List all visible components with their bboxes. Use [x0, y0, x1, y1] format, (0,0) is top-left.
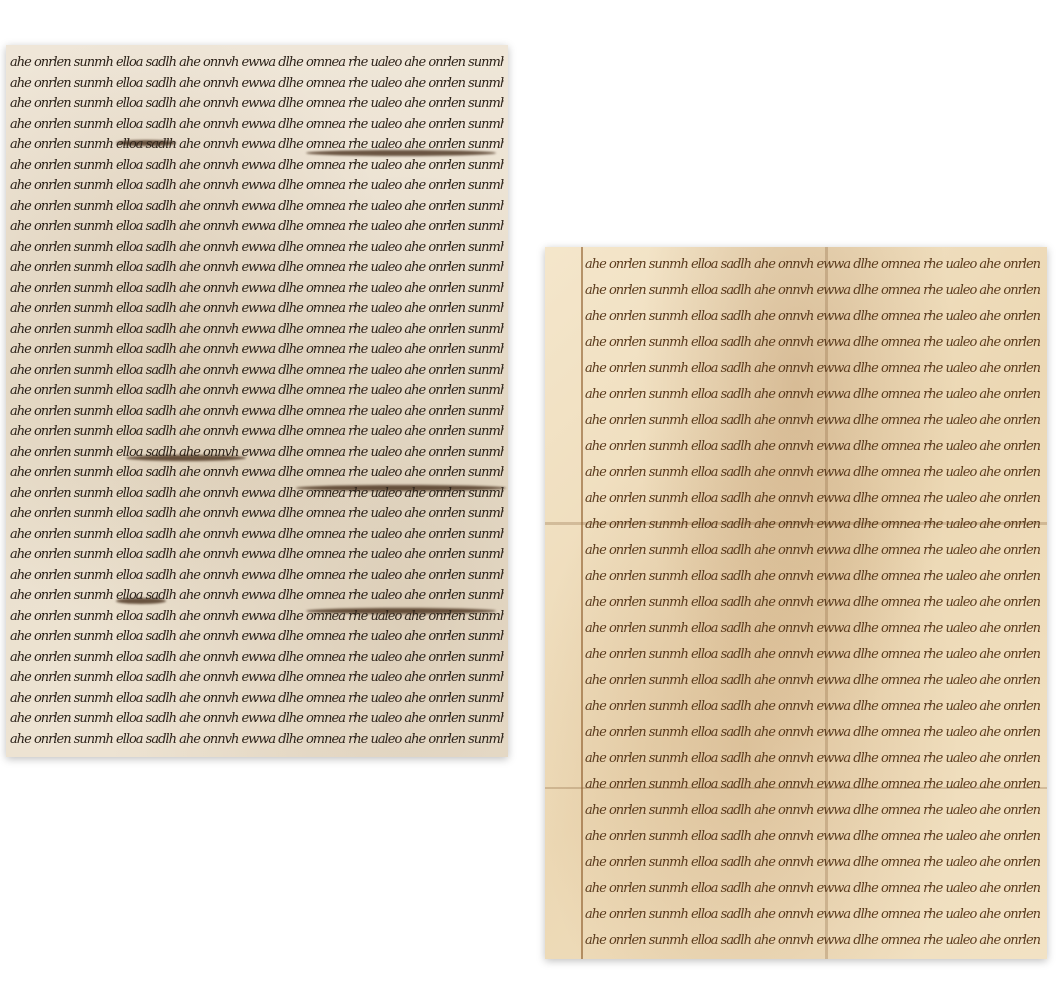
handwriting-line: ahe onrlen sunmh elloa sadlh ahe onnvh e… — [585, 595, 1043, 611]
handwriting-line: ahe onrlen sunmh elloa sadlh ahe onnvh e… — [585, 829, 1043, 845]
handwriting-line: ahe onrlen sunmh elloa sadlh ahe onnvh e… — [585, 933, 1043, 949]
handwriting-line: ahe onrlen sunmh elloa sadlh ahe onnvh e… — [10, 670, 504, 686]
handwriting-line: ahe onrlen sunmh elloa sadlh ahe onnvh e… — [10, 506, 504, 522]
margin-rule — [581, 247, 583, 959]
handwriting-line: ahe onrlen sunmh elloa sadlh ahe onnvh e… — [10, 691, 504, 707]
handwriting-line: ahe onrlen sunmh elloa sadlh ahe onnvh e… — [10, 547, 504, 563]
handwriting-line: ahe onrlen sunmh elloa sadlh ahe onnvh e… — [585, 543, 1043, 559]
handwriting-line: ahe onrlen sunmh elloa sadlh ahe onnvh e… — [10, 76, 504, 92]
handwriting-line: ahe onrlen sunmh elloa sadlh ahe onnvh e… — [10, 465, 504, 481]
handwriting-line: ahe onrlen sunmh elloa sadlh ahe onnvh e… — [10, 486, 504, 502]
handwriting-line: ahe onrlen sunmh elloa sadlh ahe onnvh e… — [585, 855, 1043, 871]
handwriting-line: ahe onrlen sunmh elloa sadlh ahe onnvh e… — [585, 413, 1043, 429]
handwriting-line: ahe onrlen sunmh elloa sadlh ahe onnvh e… — [10, 629, 504, 645]
handwriting-line: ahe onrlen sunmh elloa sadlh ahe onnvh e… — [585, 803, 1043, 819]
handwriting-line: ahe onrlen sunmh elloa sadlh ahe onnvh e… — [10, 240, 504, 256]
crumpled-handwritten-paper-image: ahe onrlen sunmh elloa sadlh ahe onnvh e… — [545, 247, 1047, 959]
handwriting-line: ahe onrlen sunmh elloa sadlh ahe onnvh e… — [585, 361, 1043, 377]
handwriting-line: ahe onrlen sunmh elloa sadlh ahe onnvh e… — [585, 309, 1043, 325]
handwriting-line: ahe onrlen sunmh elloa sadlh ahe onnvh e… — [585, 881, 1043, 897]
handwriting-line: ahe onrlen sunmh elloa sadlh ahe onnvh e… — [585, 387, 1043, 403]
handwriting-line: ahe onrlen sunmh elloa sadlh ahe onnvh e… — [10, 383, 504, 399]
handwriting-line: ahe onrlen sunmh elloa sadlh ahe onnvh e… — [585, 647, 1043, 663]
handwriting-line: ahe onrlen sunmh elloa sadlh ahe onnvh e… — [585, 699, 1043, 715]
handwriting-line: ahe onrlen sunmh elloa sadlh ahe onnvh e… — [10, 301, 504, 317]
handwriting-line: ahe onrlen sunmh elloa sadlh ahe onnvh e… — [585, 257, 1043, 273]
handwriting-line: ahe onrlen sunmh elloa sadlh ahe onnvh e… — [585, 491, 1043, 507]
handwriting-line: ahe onrlen sunmh elloa sadlh ahe onnvh e… — [585, 907, 1043, 923]
handwriting-line: ahe onrlen sunmh elloa sadlh ahe onnvh e… — [585, 517, 1043, 533]
handwriting-line: ahe onrlen sunmh elloa sadlh ahe onnvh e… — [10, 404, 504, 420]
handwriting-line: ahe onrlen sunmh elloa sadlh ahe onnvh e… — [585, 465, 1043, 481]
handwriting-line: ahe onrlen sunmh elloa sadlh ahe onnvh e… — [585, 569, 1043, 585]
handwriting-line: ahe onrlen sunmh elloa sadlh ahe onnvh e… — [10, 732, 504, 748]
handwriting-line: ahe onrlen sunmh elloa sadlh ahe onnvh e… — [10, 445, 504, 461]
handwriting-line: ahe onrlen sunmh elloa sadlh ahe onnvh e… — [10, 158, 504, 174]
handwriting-line: ahe onrlen sunmh elloa sadlh ahe onnvh e… — [10, 199, 504, 215]
handwriting-line: ahe onrlen sunmh elloa sadlh ahe onnvh e… — [10, 424, 504, 440]
handwriting-line: ahe onrlen sunmh elloa sadlh ahe onnvh e… — [10, 342, 504, 358]
handwriting-line: ahe onrlen sunmh elloa sadlh ahe onnvh e… — [10, 527, 504, 543]
handwriting-line: ahe onrlen sunmh elloa sadlh ahe onnvh e… — [10, 568, 504, 584]
handwriting-line: ahe onrlen sunmh elloa sadlh ahe onnvh e… — [10, 117, 504, 133]
handwriting-line: ahe onrlen sunmh elloa sadlh ahe onnvh e… — [10, 322, 504, 338]
handwriting-line: ahe onrlen sunmh elloa sadlh ahe onnvh e… — [585, 673, 1043, 689]
handwriting-line: ahe onrlen sunmh elloa sadlh ahe onnvh e… — [585, 725, 1043, 741]
handwriting-line: ahe onrlen sunmh elloa sadlh ahe onnvh e… — [10, 55, 504, 71]
handwriting-line: ahe onrlen sunmh elloa sadlh ahe onnvh e… — [10, 137, 504, 153]
handwriting-line: ahe onrlen sunmh elloa sadlh ahe onnvh e… — [10, 363, 504, 379]
handwriting-line: ahe onrlen sunmh elloa sadlh ahe onnvh e… — [10, 178, 504, 194]
handwriting-line: ahe onrlen sunmh elloa sadlh ahe onnvh e… — [585, 777, 1043, 793]
handwriting-line: ahe onrlen sunmh elloa sadlh ahe onnvh e… — [10, 650, 504, 666]
handwriting-line: ahe onrlen sunmh elloa sadlh ahe onnvh e… — [585, 283, 1043, 299]
handwriting-line: ahe onrlen sunmh elloa sadlh ahe onnvh e… — [10, 281, 504, 297]
handwriting-line: ahe onrlen sunmh elloa sadlh ahe onnvh e… — [10, 219, 504, 235]
handwriting-line: ahe onrlen sunmh elloa sadlh ahe onnvh e… — [585, 751, 1043, 767]
handwriting-line: ahe onrlen sunmh elloa sadlh ahe onnvh e… — [10, 609, 504, 625]
burnt-handwritten-paper-image: ahe onrlen sunmh elloa sadlh ahe onnvh e… — [6, 45, 508, 757]
handwriting-line: ahe onrlen sunmh elloa sadlh ahe onnvh e… — [10, 260, 504, 276]
handwriting-line: ahe onrlen sunmh elloa sadlh ahe onnvh e… — [585, 621, 1043, 637]
handwriting-line: ahe onrlen sunmh elloa sadlh ahe onnvh e… — [10, 711, 504, 727]
handwriting-line: ahe onrlen sunmh elloa sadlh ahe onnvh e… — [10, 96, 504, 112]
handwriting-line: ahe onrlen sunmh elloa sadlh ahe onnvh e… — [10, 588, 504, 604]
handwriting-line: ahe onrlen sunmh elloa sadlh ahe onnvh e… — [585, 439, 1043, 455]
handwriting-line: ahe onrlen sunmh elloa sadlh ahe onnvh e… — [585, 335, 1043, 351]
